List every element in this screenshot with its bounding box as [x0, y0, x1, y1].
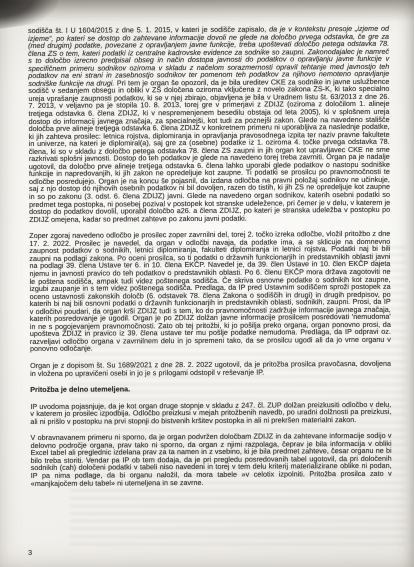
paragraph-appeal-arguments: Zoper zgoraj navedeno odločbo je prosile… [29, 230, 391, 353]
scanned-document-page: sodišča št. I U 1604/2015 z dne 5. 1. 20… [0, 0, 414, 567]
ruling-remainder-text: Pri tem je organ še opozoril, da je bila… [28, 77, 390, 224]
paragraph-court-ruling: sodišča št. I U 1604/2015 z dne 5. 1. 20… [28, 25, 390, 223]
document-text-block: sodišča št. I U 1604/2015 z dne 5. 1. 20… [28, 25, 392, 496]
paragraph-referral-to-ip: Organ je z dopisom št. Su 1689/2021 z dn… [30, 360, 391, 377]
page-number: 3 [28, 548, 32, 557]
paragraph-ip-findings: V obravnavanem primeru ni sporno, da je … [30, 432, 391, 487]
scan-edge-shadow [0, 0, 414, 22]
paragraph-ip-review-scope: IP uvodoma pojasnjuje, da je kot organ d… [30, 400, 391, 425]
decision-holding-heading: Pritožba je delno utemeljena. [30, 384, 391, 394]
